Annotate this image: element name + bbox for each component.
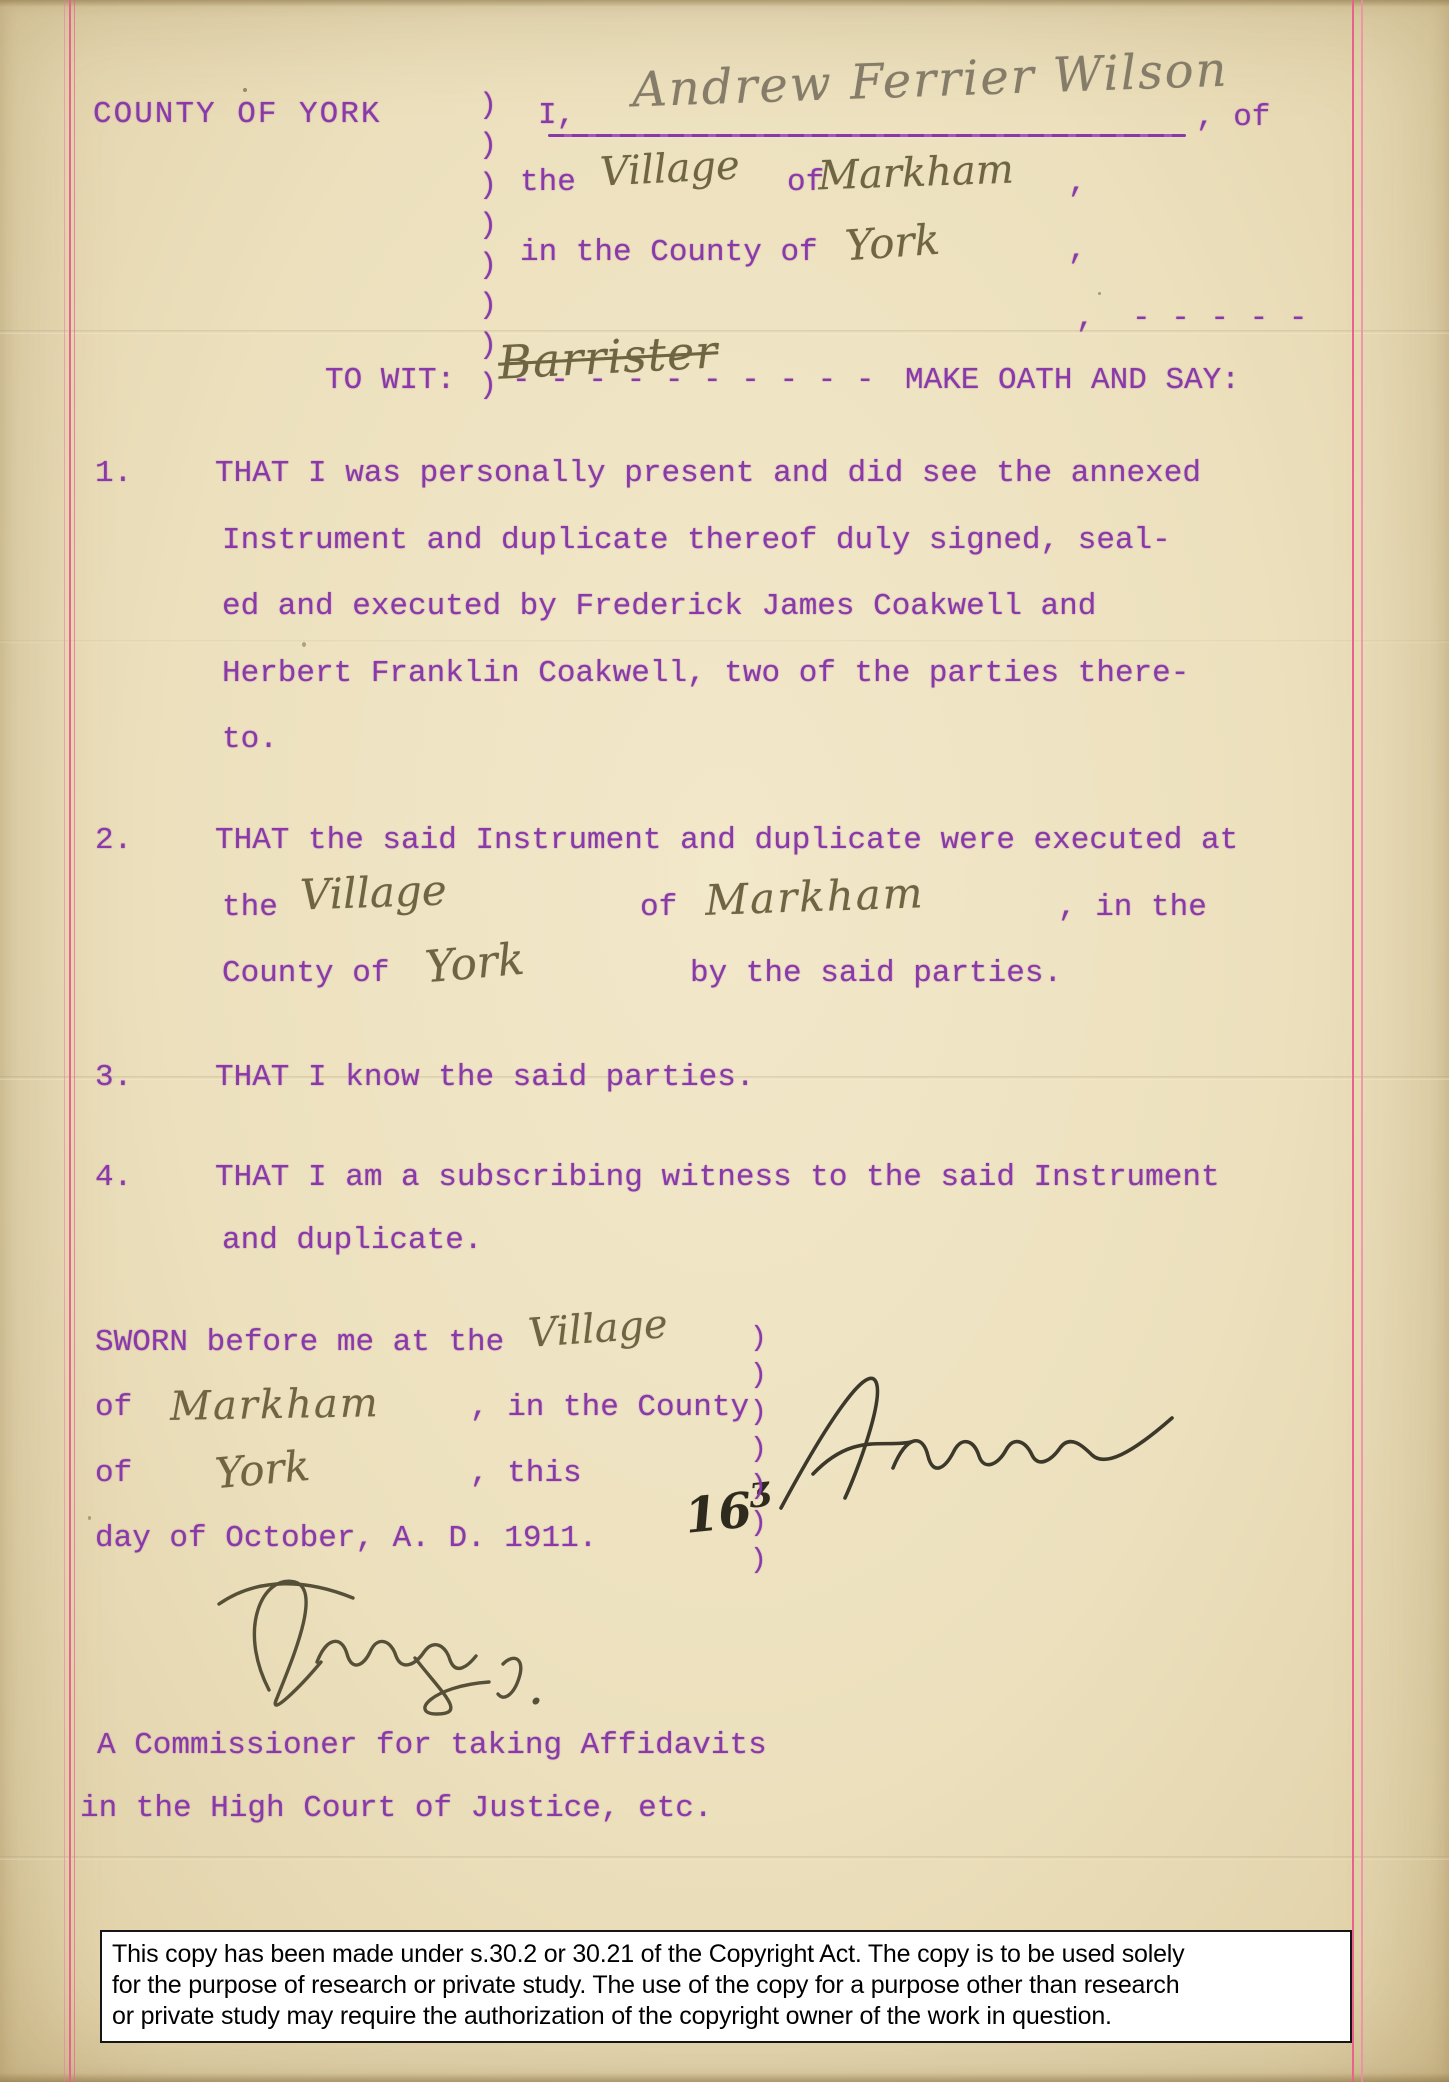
copyright-line2: for the purpose of research or private s… [112, 1970, 1340, 2001]
para2-place-type-handwriting: Village [299, 865, 447, 919]
bracket-glyph: ) [750, 1542, 767, 1579]
deponent-name-handwriting: Andrew Ferrier Wilson [631, 42, 1229, 119]
paper-speck [332, 1738, 335, 1741]
para1-number: 1. [95, 458, 132, 489]
struck-word-handwriting: Barrister [497, 324, 720, 389]
para1-line1: THAT I was personally present and did se… [215, 458, 1201, 489]
para2-line2-the: the [222, 892, 278, 923]
intro-line2-comma: , [1068, 168, 1087, 199]
intro-line3-county: in the County of [520, 237, 818, 268]
commissioner-signature [205, 1566, 555, 1718]
commissioner-line1: A Commissioner for taking Affidavits [97, 1730, 767, 1761]
bracket-glyph: ) [750, 1357, 767, 1394]
para2-number: 2. [95, 825, 132, 856]
para3-number: 3. [95, 1062, 132, 1093]
intro-i-label: I, [538, 100, 575, 131]
bracket-glyph: ) [479, 326, 497, 366]
county-name-handwriting: York [843, 215, 941, 270]
intro-line2-the: the [520, 167, 576, 198]
para2-line3-head: County of [222, 958, 389, 989]
county-heading: COUNTY OF YORK [93, 99, 381, 130]
bracket-glyph: ) [750, 1431, 767, 1468]
para2-line2-of: of [640, 892, 677, 923]
bracket-glyph: ) [750, 1468, 767, 1505]
left-margin-line-outer [64, 0, 65, 2082]
bracket-glyph: ) [750, 1320, 767, 1357]
jurat-line4: day of October, A. D. 1911. [95, 1523, 597, 1554]
bracket-glyph: ) [479, 246, 497, 286]
affidavit-scan-page: COUNTY OF YORK ) ) ) ) ) ) ) ) I, Andrew… [0, 0, 1449, 2082]
fold-crease-4 [0, 1856, 1449, 1860]
jurat-line2-of: of [95, 1392, 132, 1423]
left-margin-line-inner [74, 0, 75, 2082]
jurat-bracket-column: ) ) ) ) ) ) ) [750, 1320, 767, 1579]
jurat-line3-this: , this [470, 1458, 582, 1489]
header-dash-row: - - - - - [1132, 303, 1308, 334]
bracket-glyph: ) [479, 286, 497, 326]
para2-county-handwriting: York [423, 934, 526, 993]
jurat-place-type-handwriting: Village [527, 1301, 670, 1357]
top-edge-shading [0, 0, 1449, 7]
paper-speck [302, 642, 306, 647]
oath-label: MAKE OATH AND SAY: [905, 365, 1240, 396]
intro-line3-comma: , [1068, 235, 1087, 266]
para4-line2: and duplicate. [222, 1225, 482, 1256]
deponent-signature [775, 1356, 1175, 1516]
bracket-glyph: ) [479, 166, 497, 206]
para4-line1: THAT I am a subscribing witness to the s… [215, 1162, 1220, 1193]
para2-place-name-handwriting: Markham [704, 868, 925, 925]
copyright-notice-box: This copy has been made under s.30.2 or … [100, 1930, 1352, 2043]
jurat-county-handwriting: York [213, 1441, 312, 1498]
to-wit-label: TO WIT: [325, 365, 455, 396]
place-type-handwriting: Village [599, 142, 741, 195]
para4-number: 4. [95, 1162, 132, 1193]
jurat-line2-tail: , in the County [470, 1392, 749, 1423]
bracket-glyph: ) [479, 206, 497, 246]
fold-crease-2 [0, 640, 1449, 643]
place-name-handwriting: Markham [817, 147, 1014, 200]
para3-line1: THAT I know the said parties. [215, 1062, 755, 1093]
copyright-line3: or private study may require the authori… [112, 2001, 1340, 2032]
intro-of-suffix: , of [1196, 102, 1270, 133]
paper-speck [88, 1516, 91, 1520]
para2-line1: THAT the said Instrument and duplicate w… [215, 825, 1238, 856]
para2-line3-tail: by the said parties. [690, 958, 1062, 989]
para1-line3: ed and executed by Frederick James Coakw… [222, 591, 1096, 622]
right-margin-line-outer [1361, 0, 1363, 2082]
jurat-place-name-handwriting: Markham [170, 1380, 380, 1430]
bracket-glyph: ) [479, 126, 497, 166]
name-underline [548, 134, 1186, 137]
bottom-edge-shading [0, 2073, 1449, 2082]
left-margin-line-main [69, 0, 71, 2082]
bracket-glyph: ) [750, 1505, 767, 1542]
bracket-glyph: ) [750, 1394, 767, 1431]
jurat-line1: SWORN before me at the [95, 1327, 504, 1358]
jurat-line3-of: of [95, 1458, 132, 1489]
bracket-glyph: ) [479, 86, 497, 126]
para1-line5: to. [222, 724, 278, 755]
paper-speck [1098, 292, 1101, 295]
paper-speck [243, 88, 247, 92]
header-bracket-column: ) ) ) ) ) ) ) ) [479, 86, 497, 406]
bracket-glyph: ) [479, 366, 497, 406]
day-number: 16 [682, 1482, 754, 1545]
para2-line2-tail: , in the [1058, 892, 1207, 923]
commissioner-line2: in the High Court of Justice, etc. [80, 1793, 713, 1824]
pre-dash-comma: , [1076, 303, 1095, 334]
para1-line2: Instrument and duplicate thereof duly si… [222, 525, 1171, 556]
copyright-line1: This copy has been made under s.30.2 or … [112, 1939, 1340, 1970]
para1-line4: Herbert Franklin Coakwell, two of the pa… [222, 658, 1189, 689]
right-margin-line-main [1352, 0, 1354, 2082]
